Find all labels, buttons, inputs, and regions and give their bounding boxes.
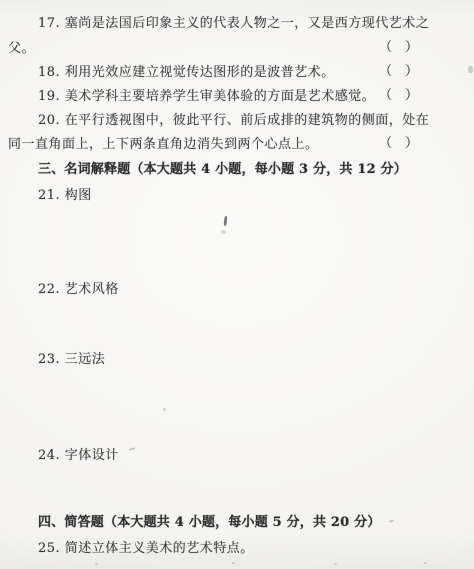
question-19-answer-brackets: （ ） [379, 87, 418, 104]
question-20-line-2: 同一直角面上，上下两条直角边消失到两个心点上。 [8, 136, 319, 153]
question-24-line: 24. 字体设计 [38, 447, 119, 464]
question-23-line: 23. 三远法 [38, 351, 105, 368]
scan-speck-6 [163, 408, 166, 411]
scan-speck-3 [129, 447, 135, 451]
question-20-answer-brackets: （ ） [379, 135, 418, 152]
scan-speck-8 [232, 562, 235, 564]
scanned-exam-page: 17. 塞尚是法国后印象主义的代表人物之一，又是西方现代艺术之 父。 （ ） 1… [0, 0, 474, 569]
section-3-heading: 三、名词解释题（本大题共 4 小题，每小题 3 分，共 12 分） [38, 161, 407, 178]
section-4-heading: 四、简答题（本大题共 4 小题，每小题 5 分，共 20 分） [38, 514, 381, 531]
scan-speck-4 [468, 66, 473, 73]
question-20-line-1: 20. 在平行透视图中，彼此平行、前后成排的建筑物的侧面，处在 [38, 112, 429, 129]
scan-speck-10 [424, 562, 427, 564]
question-21-line: 21. 构图 [38, 187, 92, 204]
question-17-answer-brackets: （ ） [379, 39, 418, 56]
question-19-line: 19. 美术学科主要培养学生审美体验的方面是艺术感觉。 [38, 88, 375, 105]
question-17-line-2: 父。 [8, 40, 35, 57]
question-18-answer-brackets: （ ） [379, 63, 418, 80]
question-22-line: 22. 艺术风格 [38, 281, 119, 298]
scan-speck-7 [95, 563, 98, 565]
question-18-line: 18. 利用光效应建立视觉传达图形的是波普艺术。 [38, 64, 335, 81]
scan-speck-5 [389, 519, 394, 523]
scan-speck-1 [223, 216, 227, 226]
question-25-line: 25. 简述立体主义美术的艺术特点。 [38, 540, 254, 557]
question-17-line-1: 17. 塞尚是法国后印象主义的代表人物之一，又是西方现代艺术之 [38, 15, 429, 32]
scan-speck-2 [221, 230, 226, 234]
scan-speck-9 [334, 563, 337, 565]
